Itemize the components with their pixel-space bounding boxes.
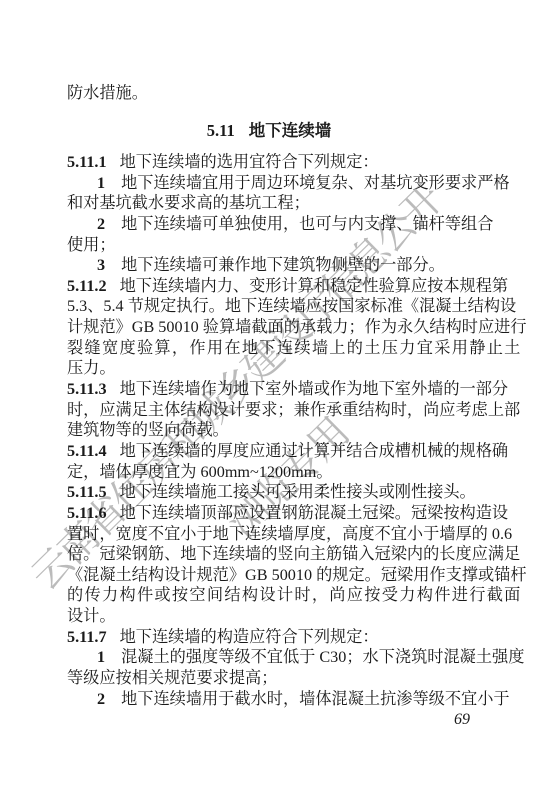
clause-number: 5.11.3 [67,380,107,398]
clause-number: 5.11.6 [67,504,107,522]
line-text: 时，应满足主体结构设计要求；兼作承重结构时，尚应考虑上部 [67,401,520,419]
line-text: 5.3、5.4 节规定执行。地下连续墙应按国家标准《混凝土结构设 [67,297,516,315]
line-text: 定，墙体厚度宜为 600mm~1200mm。 [67,463,333,481]
page-body: 防水措施。 5.11地下连续墙 5.11.1地下连续墙的选用宜符合下列规定：1地… [67,85,471,709]
line-text: 地下连续墙的厚度应通过计算并结合成槽机械的规格确 [120,442,509,460]
line-text: 地下连续墙作为地下室外墙或作为地下室外墙的一部分 [120,380,509,398]
line-text: 地下连续墙可兼作地下建筑物侧壁的一部分。 [121,256,445,274]
line-text: 等级应按相关规范要求提高； [67,669,277,687]
text-line: 5.11.3地下连续墙作为地下室外墙或作为地下室外墙的一部分 [67,379,471,400]
text-line: 5.11.7地下连续墙的构造应符合下列规定： [67,627,471,648]
line-text: 地下连续墙宜用于周边环境复杂、对基坑变形要求严格 [121,174,510,192]
text-line: 置时，宽度不宜小于地下连续墙厚度，高度不宜小于墙厚的 0.6 [67,524,471,545]
text-line: 压力。 [67,358,471,379]
text-line: 2地下连续墙用于截水时，墙体混凝土抗渗等级不宜小于 [67,689,471,710]
text-line: 定，墙体厚度宜为 600mm~1200mm。 [67,462,471,483]
clause-number: 5.11.7 [67,628,107,646]
text-line: 5.11.4地下连续墙的厚度应通过计算并结合成槽机械的规格确 [67,441,471,462]
paragraph-continuation: 防水措施。 [67,85,471,122]
line-text: 倍。冠梁钢筋、地下连续墙的竖向主筋锚入冠梁内的长度应满足 [67,545,520,563]
line-text: 设计。 [67,607,116,625]
line-text: 地下连续墙可单独使用，也可与内支撑、锚杆等组合 [121,215,493,233]
clause-number: 5.11.1 [67,153,107,171]
text-line: 1混凝土的强度等级不宜低于 C30；水下浇筑时混凝土强度 [67,647,471,668]
document-page: 云南省住房和城乡建设厅信息公开 浏览专用 防水措施。 5.11地下连续墙 5.1… [0,0,536,793]
line-text: 和对基坑截水要求高的基坑工程； [67,194,310,212]
clause-number: 2 [97,690,105,708]
line-text: 地下连续墙的构造应符合下列规定： [120,628,379,646]
text-line: 计规范》GB 50010 验算墙截面的承载力；作为永久结构时应进行 [67,317,471,338]
line-text: 置时，宽度不宜小于地下连续墙厚度，高度不宜小于墙厚的 0.6 [67,525,512,543]
clause-number: 1 [97,648,105,666]
text-line: 5.11.2地下连续墙内力、变形计算和稳定性验算应按本规程第 [67,276,471,297]
text-line: 建筑物等的竖向荷载。 [67,420,471,441]
line-text: 的传力构件或按空间结构设计时，尚应按受力构件进行截面 [67,586,522,604]
text-line: 等级应按相关规范要求提高； [67,668,471,689]
text-line: 2地下连续墙可单独使用，也可与内支撑、锚杆等组合 [67,214,471,235]
text-line: 5.11.6地下连续墙顶部应设置钢筋混凝土冠梁。冠梁按构造设 [67,503,471,524]
text-line: 的传力构件或按空间结构设计时，尚应按受力构件进行截面 [67,585,471,606]
text-line: 5.11.1地下连续墙的选用宜符合下列规定： [67,152,471,173]
line-text: 《混凝土结构设计规范》GB 50010 的规定。冠梁用作支撑或锚杆 [67,566,527,584]
text-line: 5.3、5.4 节规定执行。地下连续墙应按国家标准《混凝土结构设 [67,296,471,317]
clause-number: 2 [97,215,105,233]
text-line: 5.11.5地下连续墙施工接头可采用柔性接头或刚性接头。 [67,482,471,503]
page-number: 69 [454,711,470,729]
line-text: 地下连续墙施工接头可采用柔性接头或刚性接头。 [120,483,476,501]
section-title: 地下连续墙 [249,121,332,140]
line-text: 地下连续墙的选用宜符合下列规定： [120,153,379,171]
line-text: 地下连续墙用于截水时，墙体混凝土抗渗等级不宜小于 [121,690,510,708]
line-text: 地下连续墙内力、变形计算和稳定性验算应按本规程第 [120,277,509,295]
text-line: 1地下连续墙宜用于周边环境复杂、对基坑变形要求严格 [67,173,471,194]
clause-number: 5.11.5 [67,483,107,501]
clause-number: 1 [97,174,105,192]
text-line: 时，应满足主体结构设计要求；兼作承重结构时，尚应考虑上部 [67,400,471,421]
clause-number: 5.11.2 [67,277,107,295]
line-text: 地下连续墙顶部应设置钢筋混凝土冠梁。冠梁按构造设 [120,504,509,522]
text-line: 设计。 [67,606,471,627]
section-number: 5.11 [207,121,235,140]
line-text: 压力。 [67,359,116,377]
clause-number: 3 [97,256,105,274]
text-line: 使用； [67,235,471,256]
text-line: 裂缝宽度验算，作用在地下连续墙上的土压力宜采用静止土 [67,338,471,359]
text-line: 倍。冠梁钢筋、地下连续墙的竖向主筋锚入冠梁内的长度应满足 [67,544,471,565]
text-line: 《混凝土结构设计规范》GB 50010 的规定。冠梁用作支撑或锚杆 [67,565,471,586]
clause-number: 5.11.4 [67,442,107,460]
body-text: 5.11.1地下连续墙的选用宜符合下列规定：1地下连续墙宜用于周边环境复杂、对基… [67,152,471,709]
text-line: 和对基坑截水要求高的基坑工程； [67,193,471,214]
line-text: 使用； [67,236,116,254]
section-heading: 5.11地下连续墙 [67,122,471,152]
line-text: 混凝土的强度等级不宜低于 C30；水下浇筑时混凝土强度 [121,648,524,666]
line-text: 计规范》GB 50010 验算墙截面的承载力；作为永久结构时应进行 [67,318,527,336]
text-line: 3地下连续墙可兼作地下建筑物侧壁的一部分。 [67,255,471,276]
line-text: 裂缝宽度验算，作用在地下连续墙上的土压力宜采用静止土 [67,339,522,357]
line-text: 建筑物等的竖向荷载。 [67,421,229,439]
